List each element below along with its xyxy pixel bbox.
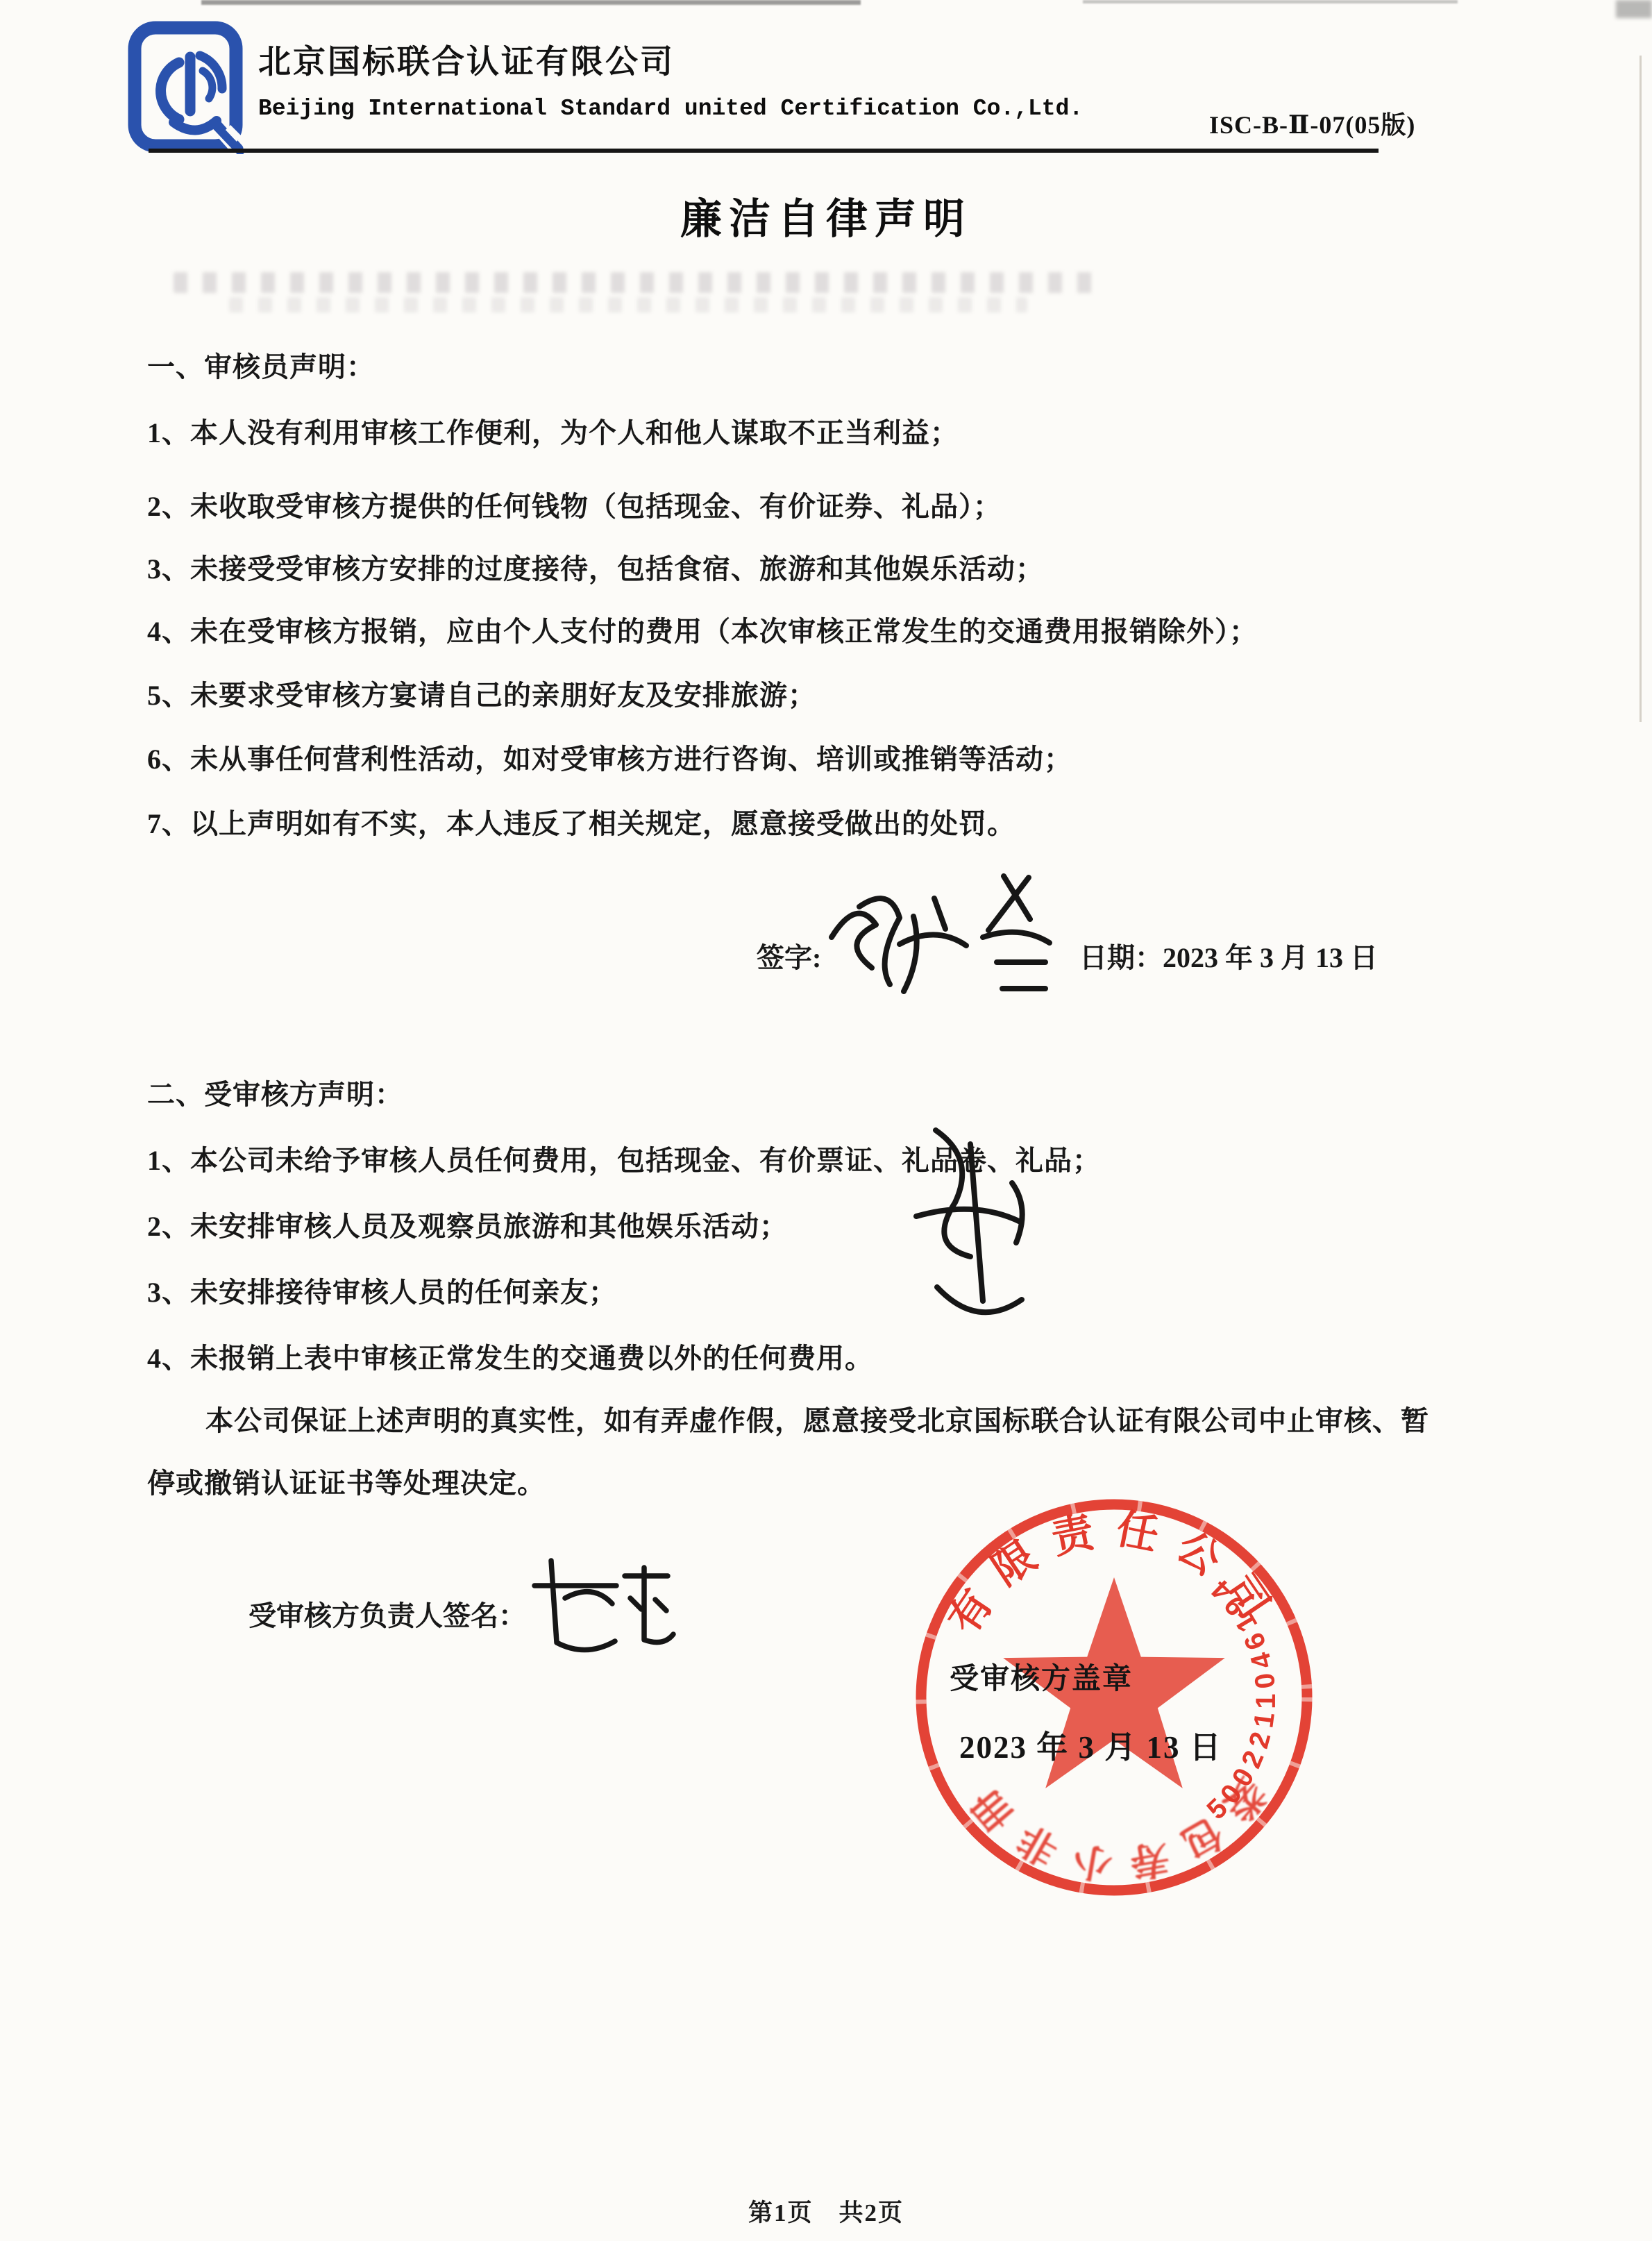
guarantee-paragraph-line1: 本公司保证上述声明的真实性，如有弄虚作假，愿意接受北京国标联合认证有限公司中止审… [147, 1399, 1508, 1438]
page-number: 第1页 共2页 [0, 2194, 1652, 2229]
auditor-sign-label: 签字: [757, 936, 821, 975]
company-name-en: Beijing International Standard united Ce… [258, 96, 1083, 121]
company-name-cn: 北京国标联合认证有限公司 [258, 36, 675, 83]
bleedthrough-text-row [229, 297, 1027, 312]
section2-item: 2、未安排审核人员及观察员旅游和其他娱乐活动； [147, 1205, 1508, 1244]
scan-smudge-top-right [1083, 0, 1458, 3]
document-title: 廉洁自律声明 [0, 186, 1652, 246]
auditee-sign-label: 受审核方负责人签名： [248, 1594, 526, 1634]
section2-item: 4、未报销上表中审核正常发生的交通费以外的任何费用。 [147, 1336, 1508, 1376]
section1-item: 1、本人没有利用审核工作便利，为个人和他人谋取不正当利益； [147, 411, 1508, 451]
bleedthrough-text-row [174, 272, 1104, 293]
scan-smudge-top [201, 0, 861, 5]
section1-item: 2、未收取受审核方提供的任何钱物（包括现金、有价证券、礼品）； [147, 485, 1508, 524]
stamp-overlay-date: 2023 年 3 月 13 日 [959, 1722, 1222, 1767]
auditee-company-stamp: 有限责任公司 娄包寿小非冊 5002211046194 [906, 1489, 1322, 1906]
section1-heading: 一、审核员声明： [147, 345, 1508, 385]
section2-item: 1、本公司未给予审核人员任何费用，包括现金、有价票证、礼品卷、礼品； [147, 1139, 1508, 1178]
scanned-document-page: 北京国标联合认证有限公司 Beijing International Stand… [0, 0, 1652, 2241]
company-logo [126, 21, 246, 154]
section1-item: 5、未要求受审核方宴请自己的亲朋好友及安排旅游； [147, 673, 1508, 713]
auditor-sign-date: 日期：2023 年 3 月 13 日 [1079, 936, 1378, 975]
section2-item: 3、未安排接待审核人员的任何亲友； [147, 1270, 1508, 1310]
section1-item: 6、未从事任何营利性活动，如对受审核方进行咨询、培训或推销等活动； [147, 737, 1508, 777]
header-divider [149, 149, 1379, 153]
section1-item: 7、以上声明如有不实，本人违反了相关规定，愿意接受做出的处罚。 [147, 802, 1508, 841]
scan-blob-corner [1616, 0, 1652, 18]
scan-edge-line [1640, 56, 1642, 722]
document-code: ISC-B-Ⅱ-07(05版) [1209, 106, 1415, 141]
auditee-signature-handwriting [515, 1540, 682, 1665]
stamp-overlay-label: 受审核方盖章 [950, 1656, 1133, 1697]
section1-item: 3、未接受受审核方安排的过度接待，包括食宿、旅游和其他娱乐活动； [147, 547, 1508, 587]
section2-heading: 二、受审核方声明： [147, 1073, 1508, 1112]
section1-item: 4、未在受审核方报销，应由个人支付的费用（本次审核正常发生的交通费用报销除外）； [147, 610, 1508, 649]
